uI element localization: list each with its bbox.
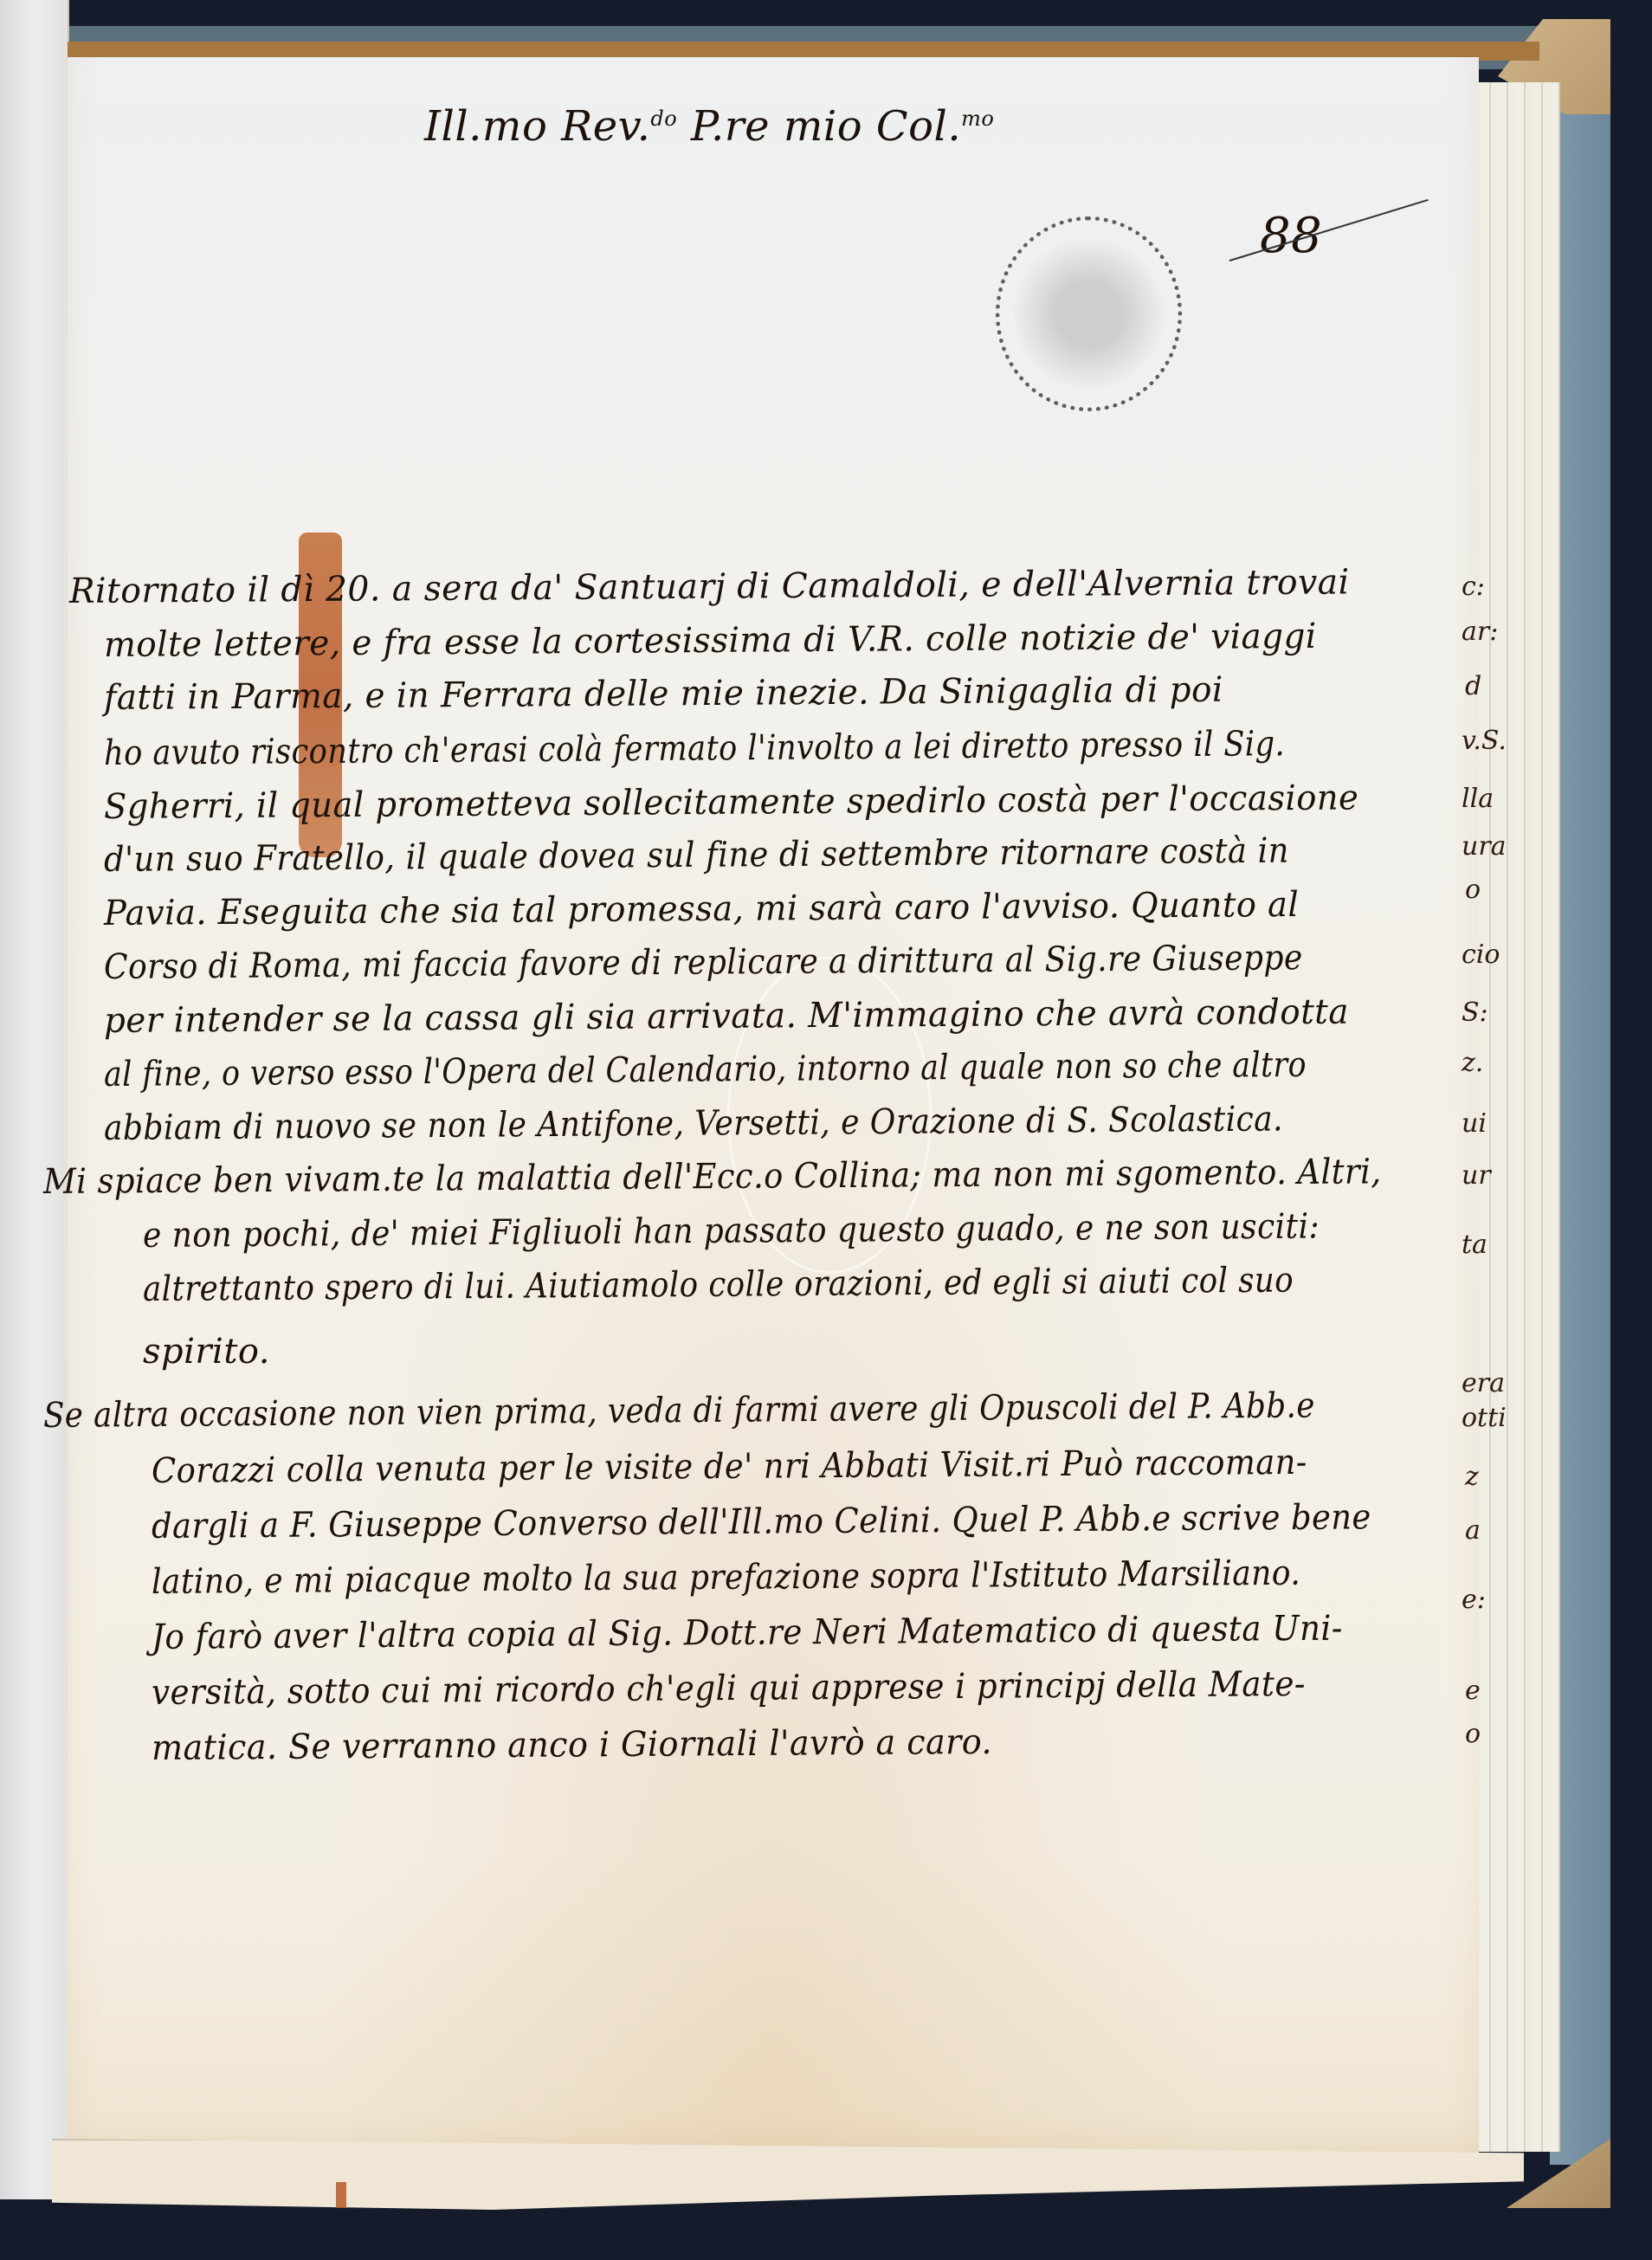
margin-fragment: o xyxy=(1465,1719,1481,1749)
salutation-sup-1: do xyxy=(650,107,677,131)
rust-stain-small xyxy=(336,2182,346,2208)
margin-fragment: c: xyxy=(1462,571,1485,602)
margin-fragment: z xyxy=(1465,1462,1479,1492)
margin-fragment: ur xyxy=(1462,1160,1491,1191)
margin-fragment: cio xyxy=(1462,940,1500,970)
margin-fragment: era xyxy=(1462,1368,1505,1398)
margin-fragment: lla xyxy=(1462,784,1494,814)
body-line: spirito. xyxy=(143,1332,270,1372)
margin-fragment: v.S. xyxy=(1462,726,1507,756)
margin-fragment: S: xyxy=(1462,998,1488,1028)
margin-fragment: ar: xyxy=(1462,617,1498,647)
left-binding-page xyxy=(0,0,69,2199)
margin-fragment: z. xyxy=(1462,1048,1483,1078)
margin-fragment: d xyxy=(1465,671,1481,701)
margin-fragment: otti xyxy=(1462,1403,1507,1433)
margin-fragment: o xyxy=(1465,875,1481,905)
margin-fragment: e xyxy=(1465,1676,1481,1706)
margin-fragment: a xyxy=(1465,1515,1481,1546)
body-line: matica. Se verranno anco i Giornali l'av… xyxy=(152,1722,992,1768)
margin-fragment: ta xyxy=(1462,1230,1487,1260)
salutation-sup-2: mo xyxy=(961,107,994,131)
salutation-part-1: Ill.mo Rev. xyxy=(424,102,650,151)
salutation: Ill.mo Rev.do P.re mio Col.mo xyxy=(424,102,994,151)
margin-fragment: ui xyxy=(1462,1108,1487,1139)
archive-stamp-icon xyxy=(996,216,1182,411)
margin-fragment: ura xyxy=(1462,831,1507,862)
body-line: fatti in Parma, e in Ferrara delle mie i… xyxy=(104,670,1223,718)
margin-fragment: e: xyxy=(1462,1585,1486,1615)
salutation-part-2: P.re mio Col. xyxy=(677,102,961,151)
